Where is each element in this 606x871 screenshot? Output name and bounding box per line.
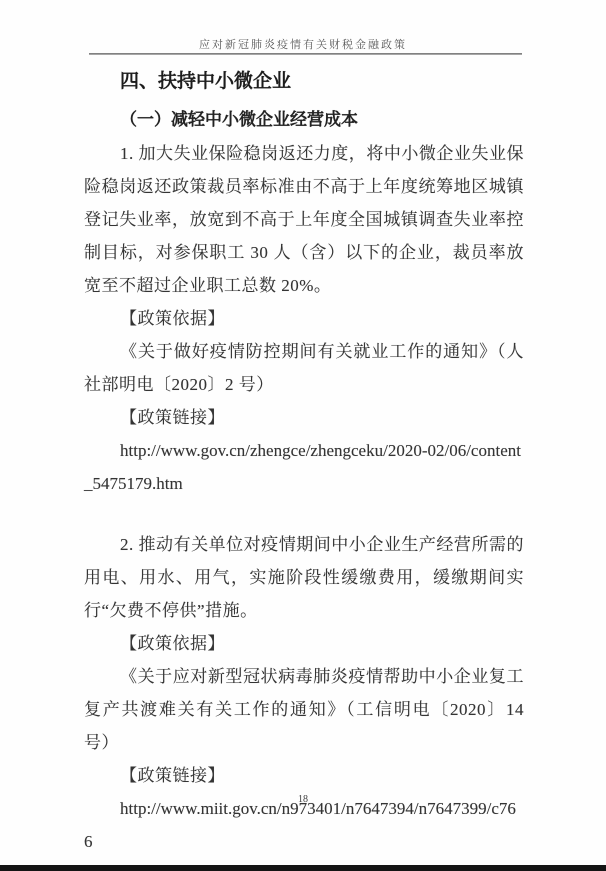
policy-item-2-body: 2. 推动有关单位对疫情期间中小企业生产经营所需的用电、用水、用气，实施阶段性缓…	[84, 528, 524, 627]
policy-item-1-basis-text: 《关于做好疫情防控期间有关就业工作的通知》（人社部明电〔2020〕2 号）	[84, 335, 524, 401]
bottom-edge-bar	[0, 865, 606, 871]
policy-item-1-link-label: 【政策链接】	[84, 401, 524, 434]
page-number: 18	[0, 794, 606, 805]
running-header-title: 应对新冠肺炎疫情有关财税金融政策	[0, 36, 606, 52]
document-body: 四、扶持中小微企业 （一）减轻中小微企业经营成本 1. 加大失业保险稳岗返还力度…	[84, 68, 524, 858]
policy-item-1-link-url: http://www.gov.cn/zhengce/zhengceku/2020…	[84, 434, 524, 500]
policy-item-2-basis-text: 《关于应对新型冠状病毒肺炎疫情帮助中小企业复工复产共渡难关有关工作的通知》（工信…	[84, 660, 524, 759]
policy-item-2-basis-label: 【政策依据】	[84, 627, 524, 660]
policy-item-1-body: 1. 加大失业保险稳岗返还力度，将中小微企业失业保险稳岗返还政策裁员率标准由不高…	[84, 137, 524, 302]
policy-item-1-basis-label: 【政策依据】	[84, 302, 524, 335]
document-page: 应对新冠肺炎疫情有关财税金融政策 四、扶持中小微企业 （一）减轻中小微企业经营成…	[0, 0, 606, 871]
subsection-heading: （一）减轻中小微企业经营成本	[84, 106, 524, 134]
policy-item-2-link-label: 【政策链接】	[84, 759, 524, 792]
section-heading: 四、扶持中小微企业	[84, 68, 524, 96]
header-rule-divider	[89, 53, 522, 55]
